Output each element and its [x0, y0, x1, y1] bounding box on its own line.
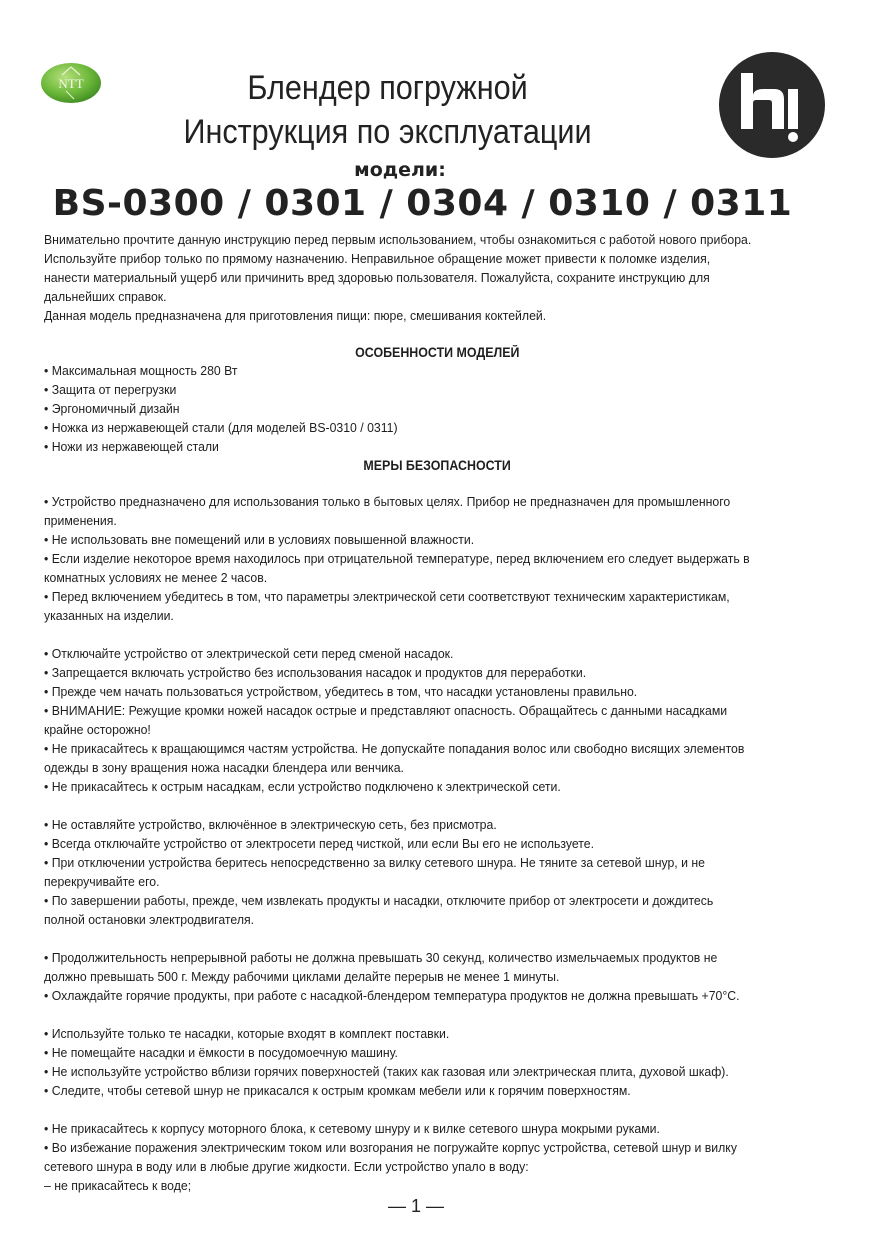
list-item: • Не прикасайтесь к острым насадкам, есл… [44, 777, 844, 796]
list-item: комнатных условиях не менее 2 часов. [44, 568, 844, 587]
list-item: • При отключении устройства беритесь неп… [44, 853, 844, 872]
list-item: • Ножка из нержавеющей стали (для моделе… [44, 418, 844, 437]
list-item: сетевого шнура в воду или в любые другие… [44, 1157, 844, 1176]
list-item: • Не оставляйте устройство, включённое в… [44, 815, 844, 834]
page-number: — 1 — [0, 1195, 832, 1217]
list-item: • ВНИМАНИЕ: Режущие кромки ножей насадок… [44, 701, 844, 720]
document-subtitle: Инструкция по эксплуатации [39, 112, 737, 152]
list-item: • Не использовать вне помещений или в ус… [44, 530, 844, 549]
intro-line: Внимательно прочтите данную инструкцию п… [44, 230, 844, 249]
list-item: • Эргономичный дизайн [44, 399, 844, 418]
list-item: • По завершении работы, прежде, чем извл… [44, 891, 844, 910]
list-item: • Перед включением убедитесь в том, что … [44, 587, 844, 606]
intro-line: Данная модель предназначена для приготов… [44, 306, 844, 325]
model-numbers: BS-0300 / 0301 / 0304 / 0310 / 0311 [0, 182, 845, 226]
models-label: модели: [0, 158, 800, 182]
list-item: крайне осторожно! [44, 720, 844, 739]
list-item: • Не прикасайтесь к корпусу моторного бл… [44, 1119, 844, 1138]
list-item: • Следите, чтобы сетевой шнур не прикаса… [44, 1081, 844, 1100]
intro-line: Используйте прибор только по прямому наз… [44, 249, 844, 268]
safety-heading-text: МЕРЫ БЕЗОПАСНОСТИ [364, 456, 511, 475]
list-item: • Продолжительность непрерывной работы н… [44, 948, 844, 967]
list-item: • Всегда отключайте устройство от электр… [44, 834, 844, 853]
list-item: • Используйте только те насадки, которые… [44, 1024, 844, 1043]
list-item: • Не помещайте насадки и ёмкости в посуд… [44, 1043, 844, 1062]
intro-paragraph: Внимательно прочтите данную инструкцию п… [44, 230, 844, 325]
list-item: – не прикасайтесь к воде; [44, 1176, 844, 1195]
list-item: указанных на изделии. [44, 606, 844, 625]
list-item: • Максимальная мощность 280 Вт [44, 361, 844, 380]
features-list: • Максимальная мощность 280 Вт • Защита … [44, 361, 844, 456]
safety-list: • Устройство предназначено для использов… [44, 492, 844, 1195]
list-item: • Прежде чем начать пользоваться устройс… [44, 682, 844, 701]
list-item: должно превышать 500 г. Между рабочими ц… [44, 967, 844, 986]
list-item: полной остановки электродвигателя. [44, 910, 844, 929]
list-item: перекручивайте его. [44, 872, 844, 891]
list-item: • Защита от перегрузки [44, 380, 844, 399]
features-heading-text: ОСОБЕННОСТИ МОДЕЛЕЙ [355, 343, 519, 362]
intro-line: нанести материальный ущерб или причинить… [44, 268, 844, 287]
list-item: • Ножи из нержавеющей стали [44, 437, 844, 456]
list-item: одежды в зону вращения ножа насадки блен… [44, 758, 844, 777]
list-item: • Устройство предназначено для использов… [44, 492, 844, 511]
list-item: • Охлаждайте горячие продукты, при работ… [44, 986, 844, 1005]
list-item: применения. [44, 511, 844, 530]
safety-heading: МЕРЫ БЕЗОПАСНОСТИ [0, 456, 875, 475]
list-item: • Если изделие некоторое время находилос… [44, 549, 844, 568]
list-item: • Отключайте устройство от электрической… [44, 644, 844, 663]
list-item: • Не используйте устройство вблизи горяч… [44, 1062, 844, 1081]
document-title: Блендер погружной [39, 68, 737, 108]
list-item: • Во избежание поражения электрическим т… [44, 1138, 844, 1157]
intro-line: дальнейших справок. [44, 287, 844, 306]
list-item: • Не прикасайтесь к вращающимся частям у… [44, 739, 844, 758]
features-heading: ОСОБЕННОСТИ МОДЕЛЕЙ [0, 343, 875, 362]
list-item: • Запрещается включать устройство без ис… [44, 663, 844, 682]
